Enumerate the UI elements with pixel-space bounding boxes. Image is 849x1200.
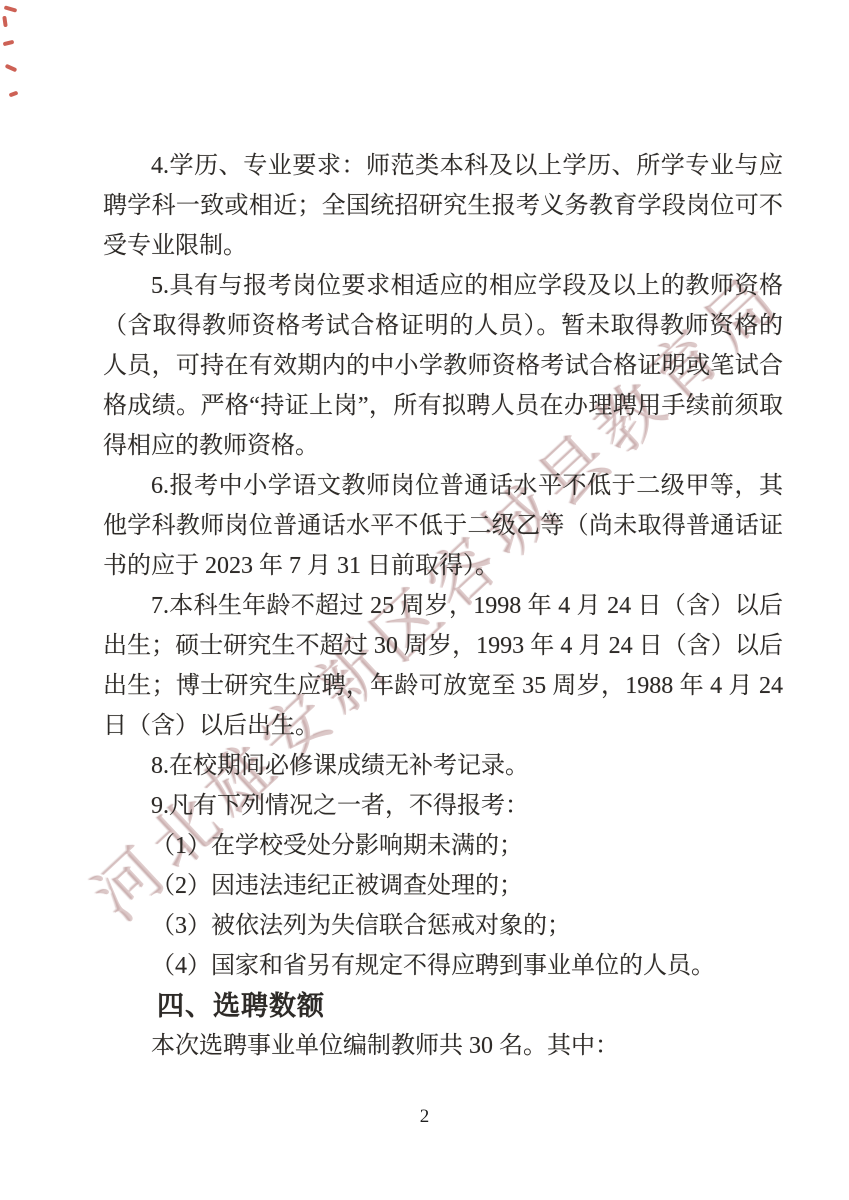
red-edge-artifact xyxy=(5,64,18,73)
paragraph-teacher-certificate: 5.具有与报考岗位要求相适应的相应学段及以上的教师资格（含取得教师资格考试合格证… xyxy=(103,266,783,466)
paragraph-age-limits: 7.本科生年龄不超过 25 周岁，1998 年 4 月 24 日（含）以后出生；… xyxy=(103,586,783,746)
list-item-under-investigation: （2）因违法违纪正被调查处理的； xyxy=(103,866,783,906)
paragraph-no-makeup-exams: 8.在校期间必修课成绩无补考记录。 xyxy=(103,746,783,786)
section-heading-quota: 四、选聘数额 xyxy=(103,986,783,1026)
document-body: 4.学历、专业要求：师范类本科及以上学历、所学专业与应聘学科一致或相近；全国统招… xyxy=(103,146,783,1066)
paragraph-education-major: 4.学历、专业要求：师范类本科及以上学历、所学专业与应聘学科一致或相近；全国统招… xyxy=(103,146,783,266)
red-edge-artifact xyxy=(2,16,7,27)
list-item-school-discipline: （1）在学校受处分影响期未满的； xyxy=(103,826,783,866)
paragraph-putonghua-level: 6.报考中小学语文教师岗位普通话水平不低于二级甲等，其他学科教师岗位普通话水平不… xyxy=(103,466,783,586)
paragraph-disqualifications: 9.凡有下列情况之一者，不得报考： xyxy=(103,786,783,826)
document-page: 河北雄安新区容城县教育局 4.学历、专业要求：师范类本科及以上学历、所学专业与应… xyxy=(0,0,849,1200)
red-edge-artifact xyxy=(3,40,15,47)
page-number: 2 xyxy=(0,1106,849,1128)
paragraph-quota-total: 本次选聘事业单位编制教师共 30 名。其中： xyxy=(103,1026,783,1066)
list-item-state-provisions: （4）国家和省另有规定不得应聘到事业单位的人员。 xyxy=(103,946,783,986)
red-edge-artifact xyxy=(4,5,18,12)
list-item-dishonesty-list: （3）被依法列为失信联合惩戒对象的； xyxy=(103,906,783,946)
red-edge-artifact xyxy=(9,91,19,98)
